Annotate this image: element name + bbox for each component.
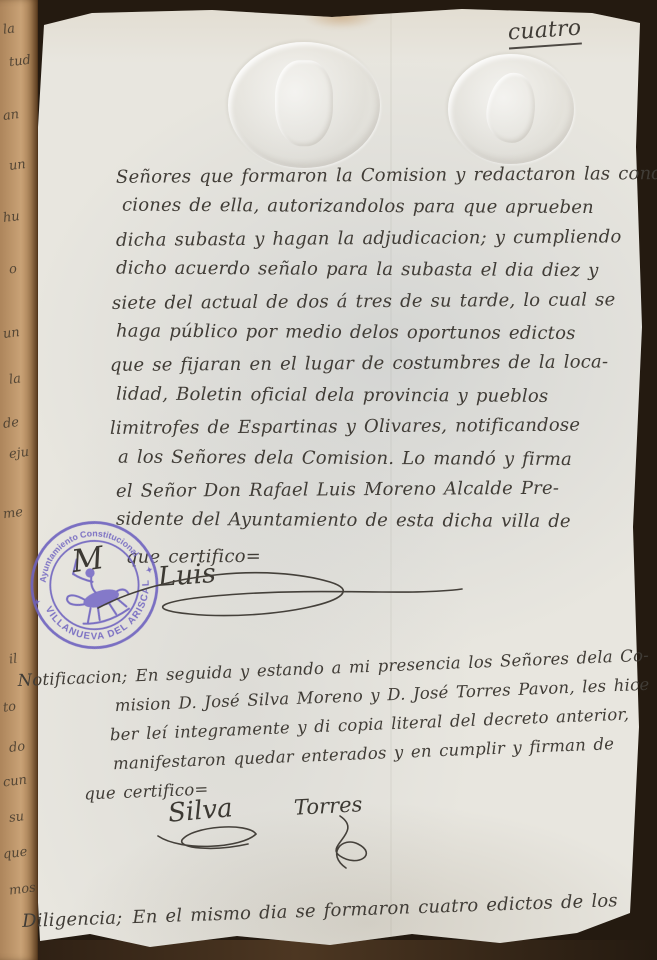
- notification-label: Notificacion;: [17, 667, 128, 690]
- embossed-crest-seal-icon: [228, 42, 380, 168]
- page-edge-text-fragment: la: [2, 21, 16, 37]
- page-edge-text-fragment: hu: [2, 209, 20, 226]
- manuscript-line: sidente del Ayuntamiento de esta dicha v…: [116, 504, 644, 538]
- notification-section: Notificacion;En seguida y estando a mi p…: [17, 641, 654, 811]
- manuscript-photo: la tud an un hu o un la de eju me il to …: [0, 0, 657, 960]
- manuscript-line: ciones de ella, autorizandolos para que …: [122, 190, 644, 224]
- manuscript-line: lidad, Boletin oficial dela provincia y …: [116, 378, 644, 412]
- page-edge-text-fragment: o: [8, 262, 18, 278]
- page-edge-text-fragment: un: [8, 157, 26, 174]
- embossed-profile-seal-icon: [448, 54, 574, 164]
- stamp-star-left-icon: ✦: [33, 597, 42, 608]
- page-edge-text-fragment: la: [8, 371, 22, 387]
- page-edge-text-fragment: an: [2, 107, 20, 124]
- left-page-edge: la tud an un hu o un la de eju me il to …: [0, 0, 38, 960]
- page-edge-text-fragment: un: [2, 325, 20, 342]
- decree-paragraph: Señores que formaron la Comision y redac…: [116, 160, 644, 571]
- manuscript-line: Señores que formaron la Comision y redac…: [116, 158, 644, 193]
- manuscript-line: dicho acuerdo señalo para la subasta el …: [116, 253, 644, 287]
- page-edge-text-fragment: to: [2, 699, 17, 715]
- page-edge-text-fragment: me: [2, 505, 24, 522]
- page-edge-text-fragment: de: [2, 415, 20, 432]
- signature-rubric-flourish: [88, 556, 478, 634]
- paper-stain: [304, 3, 378, 29]
- page-edge-text-fragment: tud: [8, 53, 32, 71]
- page-edge-text-fragment: mos: [8, 880, 36, 898]
- torres-rubric-flourish: [300, 812, 390, 874]
- silva-rubric-flourish: [152, 818, 282, 858]
- page-edge-text-fragment: que: [2, 845, 28, 863]
- folio-number: cuatro: [507, 15, 582, 49]
- page-edge-text-fragment: eju: [8, 445, 30, 462]
- manuscript-line: siete del actual de dos á tres de su tar…: [112, 284, 644, 319]
- manuscript-line: limitrofes de Espartinas y Olivares, not…: [110, 409, 644, 444]
- manuscript-line: a los Señores dela Comision. Lo mandó y …: [118, 441, 644, 475]
- diligencia-label: Diligencia;: [22, 907, 123, 931]
- manuscript-line: que se fijaran en el lugar de costumbres…: [110, 347, 644, 382]
- manuscript-line: el Señor Don Rafael Luis Moreno Alcalde …: [116, 472, 644, 507]
- page-edge-text-fragment: su: [8, 809, 25, 826]
- manuscript-line: dicha subasta y hagan la adjudicacion; y…: [116, 221, 644, 256]
- manuscript-line: haga público por medio delos oportunos e…: [116, 316, 644, 350]
